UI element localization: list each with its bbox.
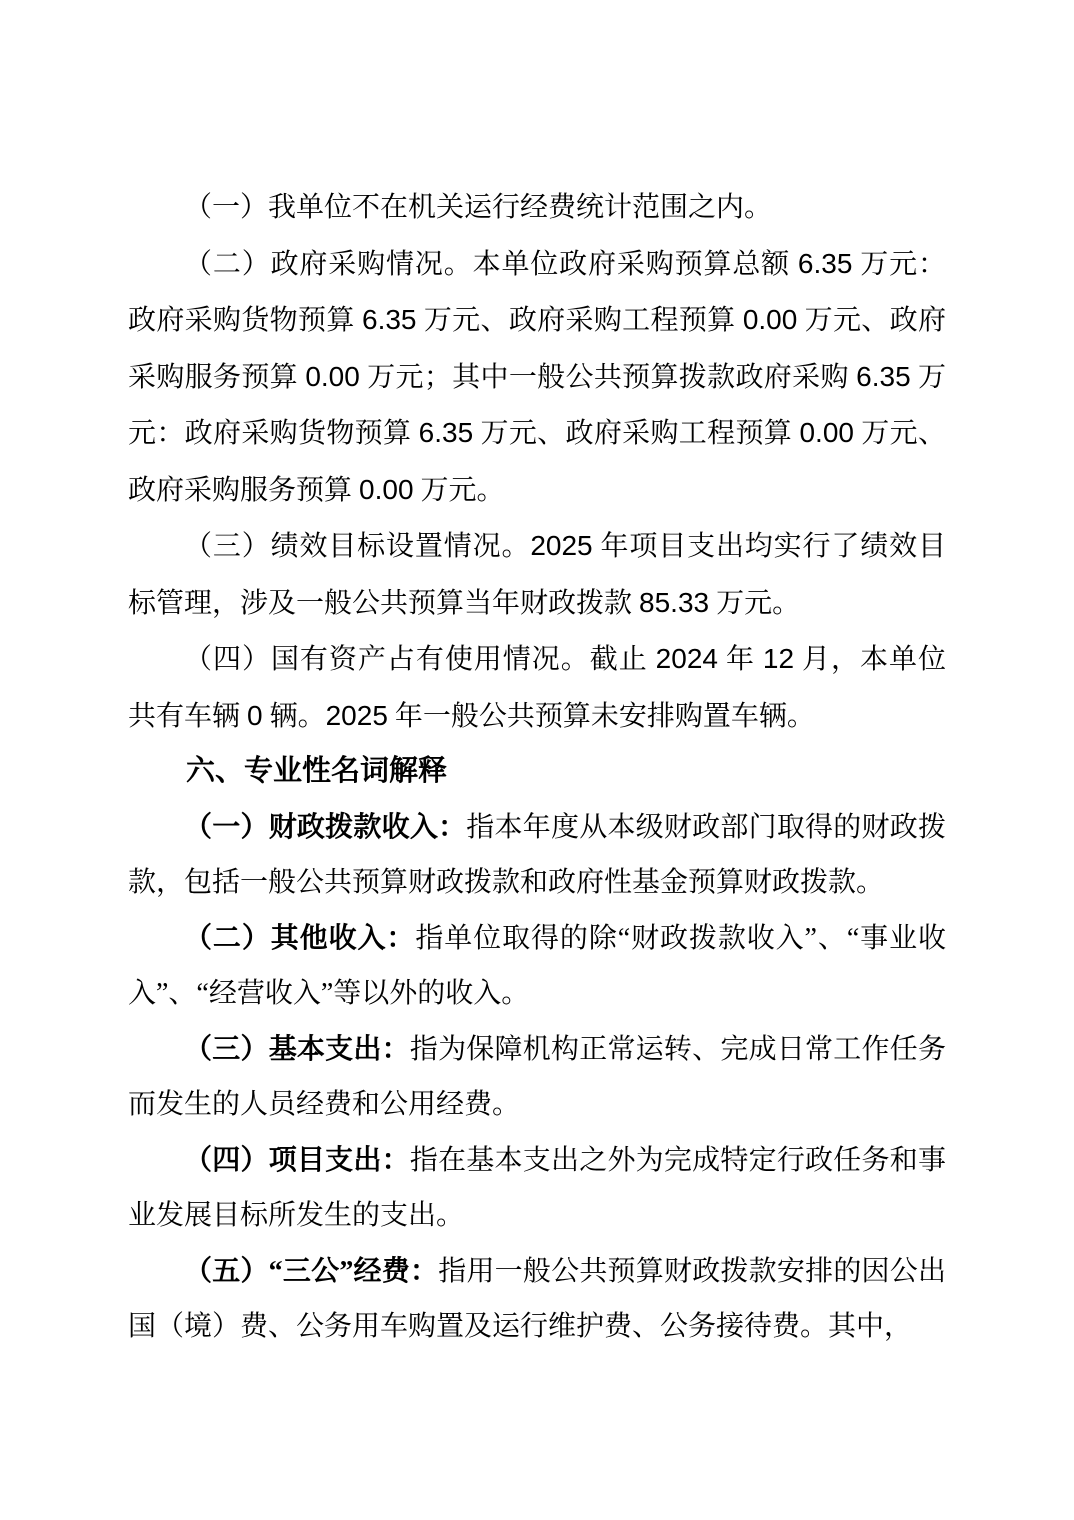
numeric-value: 0 (247, 700, 263, 731)
numeric-value: 0.00 (305, 361, 360, 392)
paragraph-7: （二）其他收入：指单位取得的除“财政拨款收入”、“事业收入”、“经营收入”等以外… (128, 911, 946, 1022)
text-run: 万元；其中一般公共预算拨款政府采购 (360, 362, 856, 393)
numeric-value: 6.35 (798, 248, 853, 279)
text-run: 万元。 (709, 588, 800, 619)
paragraph-6: （一）财政拨款收入：指本年度从本级财政部门取得的财政拨款，包括一般公共预算财政拨… (128, 800, 946, 911)
paragraph-4: （四）国有资产占有使用情况。截止 2024 年 12 月，本单位共有车辆 0 辆… (128, 631, 946, 744)
text-run: （三）绩效目标设置情况。 (184, 531, 530, 562)
paragraph-2: （二）政府采购情况。本单位政府采购预算总额 6.35 万元：政府采购货物预算 6… (128, 236, 946, 519)
text-run: 年一般公共预算未安排购置车辆。 (388, 701, 815, 732)
text-run: 万元、政府采购工程预算 (417, 305, 743, 336)
numeric-value: 2025 (326, 700, 388, 731)
document-body: （一）我单位不在机关运行经费统计范围之内。（二）政府采购情况。本单位政府采购预算… (0, 0, 1074, 1355)
numeric-value: 6.35 (856, 361, 911, 392)
section-heading: 六、专业性名词解释 (128, 744, 946, 800)
numeric-value: 85.33 (639, 587, 709, 618)
numeric-value: 2024 (656, 643, 718, 674)
numeric-value: 6.35 (362, 304, 417, 335)
text-run: 辆。 (263, 701, 326, 732)
text-run: （一）我单位不在机关运行经费统计范围之内。 (184, 192, 772, 223)
term-label: （五）“三公”经费： (184, 1256, 438, 1287)
term-label: （四）项目支出： (184, 1145, 410, 1176)
text-run: 六、专业性名词解释 (186, 755, 447, 787)
numeric-value: 0.00 (743, 304, 798, 335)
paragraph-10: （五）“三公”经费：指用一般公共预算财政拨款安排的因公出国（境）费、公务用车购置… (128, 1244, 946, 1355)
term-label: （二）其他收入： (184, 923, 415, 954)
paragraph-1: （一）我单位不在机关运行经费统计范围之内。 (128, 180, 946, 236)
numeric-value: 0.00 (799, 417, 854, 448)
text-run: 万元、政府采购工程预算 (473, 418, 799, 449)
text-run: 万元。 (414, 475, 505, 506)
paragraph-3: （三）绩效目标设置情况。2025 年项目支出均实行了绩效目标管理，涉及一般公共预… (128, 518, 946, 631)
numeric-value: 0.00 (359, 474, 414, 505)
text-run: （二）政府采购情况。本单位政府采购预算总额 (184, 249, 798, 280)
text-run: 年 (718, 644, 763, 675)
document-page: （一）我单位不在机关运行经费统计范围之内。（二）政府采购情况。本单位政府采购预算… (0, 0, 1074, 1520)
numeric-value: 12 (763, 643, 794, 674)
term-label: （一）财政拨款收入： (184, 812, 466, 843)
numeric-value: 6.35 (419, 417, 474, 448)
paragraph-8: （三）基本支出：指为保障机构正常运转、完成日常工作任务而发生的人员经费和公用经费… (128, 1022, 946, 1133)
term-label: （三）基本支出： (184, 1034, 410, 1065)
text-run: （四）国有资产占有使用情况。截止 (184, 644, 656, 675)
paragraph-9: （四）项目支出：指在基本支出之外为完成特定行政任务和事业发展目标所发生的支出。 (128, 1133, 946, 1244)
numeric-value: 2025 (530, 530, 592, 561)
